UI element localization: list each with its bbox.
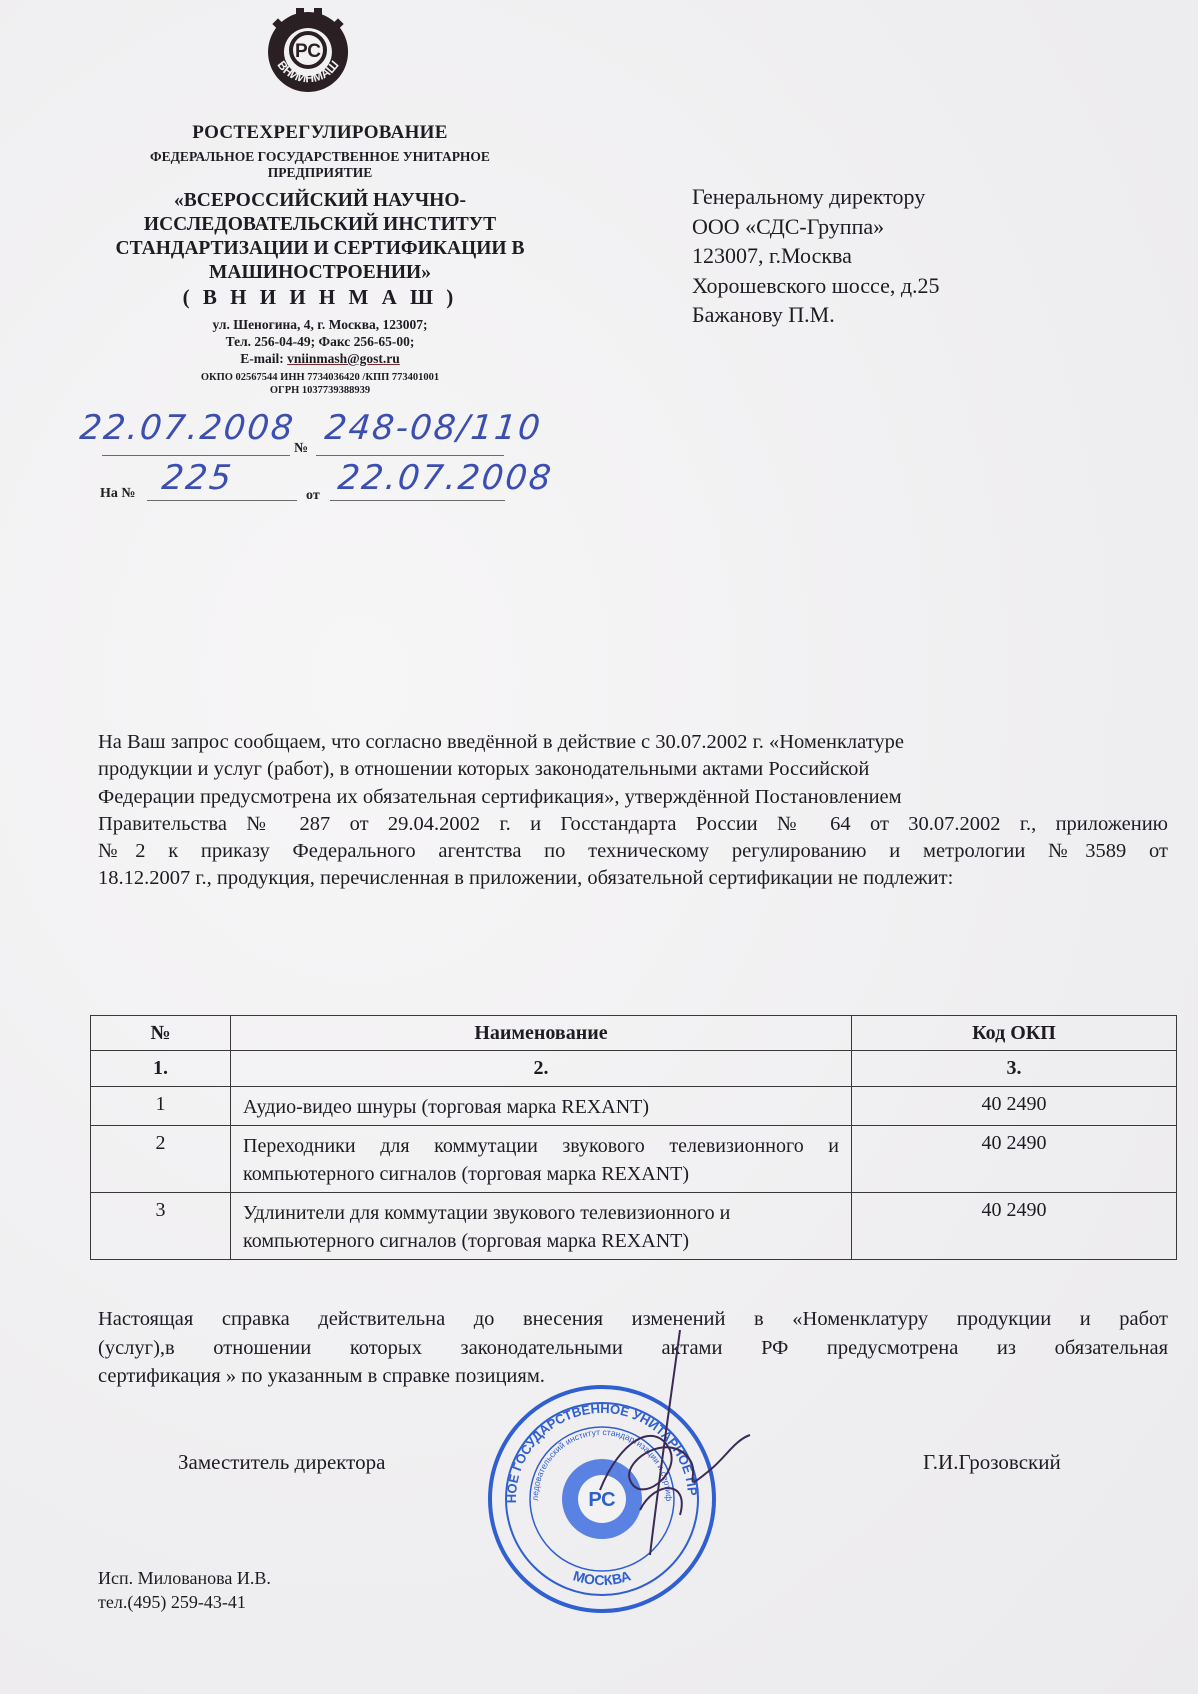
signer-name: Г.И.Грозовский [923,1450,1061,1475]
reg-number: 248-08/110 [323,408,544,448]
reply-number: 225 [160,458,235,498]
institute-abbr: ( В Н И И Н М А Ш ) [100,285,540,310]
executor-name: Исп. Милованова И.В. [98,1566,271,1590]
table-subheader-row: 1. 2. 3. [91,1051,1177,1087]
table-row: 2 Переходники для коммутации звукового т… [91,1126,1177,1193]
reply-date-underline [330,500,505,501]
addressee: Генеральному директору ООО «СДС-Группа» … [692,182,940,330]
institute-codes: ОКПО 02567544 ИНН 7734036420 /КПП 773401… [100,371,540,397]
executor-phone: тел.(495) 259-43-41 [98,1590,271,1614]
reply-number-underline [147,500,297,501]
org-name: РОСТЕХРЕГУЛИРОВАНИЕ [100,122,540,144]
main-paragraph: На Ваш запрос сообщаем, что согласно вве… [98,729,1168,893]
col-header-num: № [91,1016,231,1051]
table-row: 1 Аудио-видео шнуры (торговая марка REXA… [91,1087,1177,1126]
table-header-row: № Наименование Код ОКП [91,1016,1177,1051]
registration-block: 22.07.2008 № 248-08/110 На № 225 от 22.0… [80,408,580,508]
signer-title: Заместитель директора [178,1450,385,1475]
institute-contacts: ул. Шеногина, 4, г. Москва, 123007; Тел.… [100,316,540,367]
svg-text:РС: РС [295,41,321,62]
products-table: № Наименование Код ОКП 1. 2. 3. 1 Аудио-… [90,1015,1177,1260]
handwritten-signature-icon [560,1330,760,1560]
col-header-name: Наименование [231,1016,852,1051]
col-header-code: Код ОКП [852,1016,1177,1051]
executor-info: Исп. Милованова И.В. тел.(495) 259-43-41 [98,1566,271,1614]
vniinmash-logo-icon: РС ВНИИНМАШ [262,8,354,92]
reg-number-underline [316,455,504,456]
email-link[interactable]: vniinmash@gost.ru [287,351,400,366]
reg-date-underline [102,455,290,456]
table-row: 3 Удлинители для коммутации звукового те… [91,1193,1177,1260]
reply-date: 22.07.2008 [336,458,555,498]
federal-enterprise: ФЕДЕРАЛЬНОЕ ГОСУДАРСТВЕННОЕ УНИТАРНОЕ ПР… [100,149,540,181]
reg-date: 22.07.2008 [78,408,297,448]
institute-name: «ВСЕРОССИЙСКИЙ НАУЧНО- ИССЛЕДОВАТЕЛЬСКИЙ… [100,189,540,285]
